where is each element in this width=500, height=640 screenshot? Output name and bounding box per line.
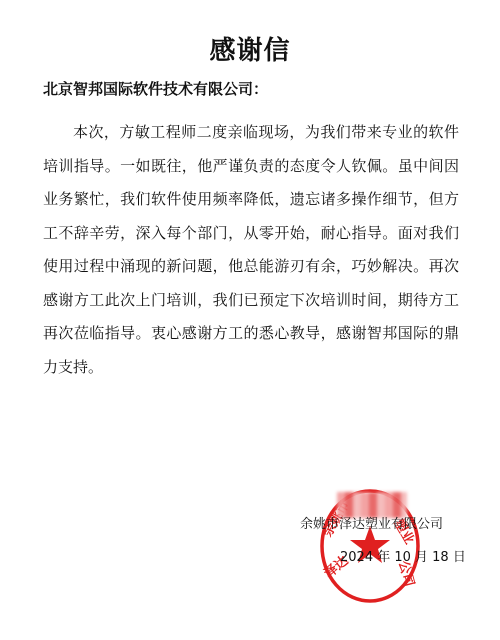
signer-company: 余姚市泽达塑业有限公司 <box>300 513 443 532</box>
letter-date: 2024 年 10 月 18 日 <box>340 546 466 565</box>
letter-title: 感谢信 <box>0 30 500 67</box>
letter-body: 本次，方敏工程师二度亲临现场，为我们带来专业的软件培训指导。一如既往，他严谨负责… <box>43 116 459 384</box>
salutation: 北京智邦国际软件技术有限公司： <box>43 78 268 99</box>
